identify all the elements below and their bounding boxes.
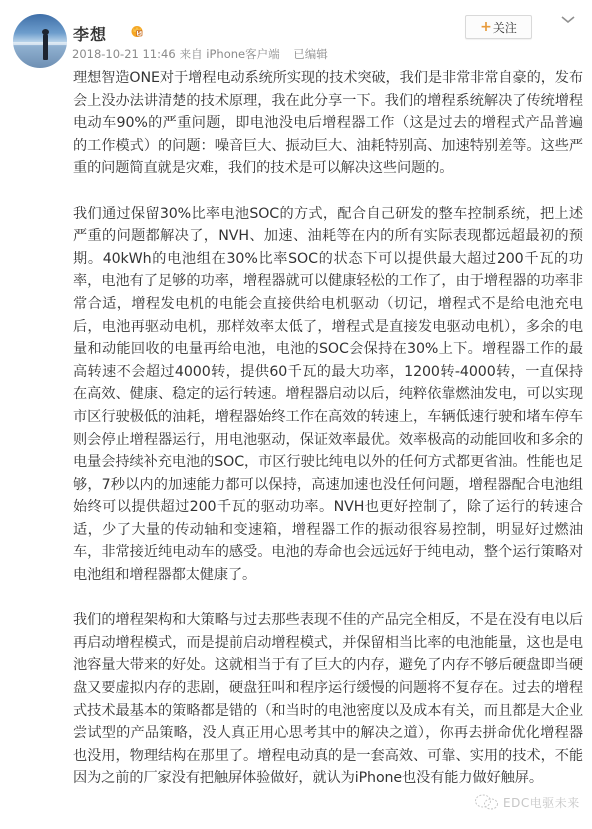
post-content: 理想智造ONE对于增程电动系统所实现的技术突破，我们是非常非常自豪的，发布会上没… — [73, 67, 583, 813]
avatar-horizon — [13, 42, 67, 45]
post-paragraph-2: 我们通过保留30%比率电池SOC的方式，配合自己研发的整车控制系统，把上述严重的… — [73, 203, 583, 587]
avatar[interactable] — [13, 14, 67, 68]
avatar-silhouette-icon — [43, 34, 48, 60]
watermark-text: EDC电驱未来 — [503, 794, 580, 811]
post-meta: 2018-10-21 11:46来自 iPhone客户端 已编辑 — [72, 46, 332, 62]
chevron-down-icon[interactable] — [560, 14, 576, 26]
weibo-post: 李想 5 2018-10-21 11:46来自 iPhone客户端 已编辑 + … — [0, 0, 592, 829]
follow-label: 关注 — [493, 19, 517, 36]
plus-icon: + — [480, 20, 492, 34]
svg-text:5: 5 — [138, 31, 142, 37]
vip-crown-icon[interactable]: 5 — [130, 24, 144, 38]
post-timestamp[interactable]: 2018-10-21 11:46 — [72, 47, 176, 61]
watermark: EDC电驱未来 — [474, 793, 580, 811]
wechat-icon — [474, 793, 500, 811]
author-name[interactable]: 李想 — [73, 22, 107, 45]
edited-label: 已编辑 — [293, 47, 328, 61]
post-paragraph-3: 我们的增程架构和大策略与过去那些表现不佳的产品完全相反，不是在没有电以后再启动增… — [73, 609, 583, 790]
post-source[interactable]: 来自 iPhone客户端 — [180, 47, 280, 61]
post-paragraph-1: 理想智造ONE对于增程电动系统所实现的技术突破，我们是非常非常自豪的，发布会上没… — [73, 67, 583, 180]
follow-button[interactable]: + 关注 — [465, 15, 532, 39]
